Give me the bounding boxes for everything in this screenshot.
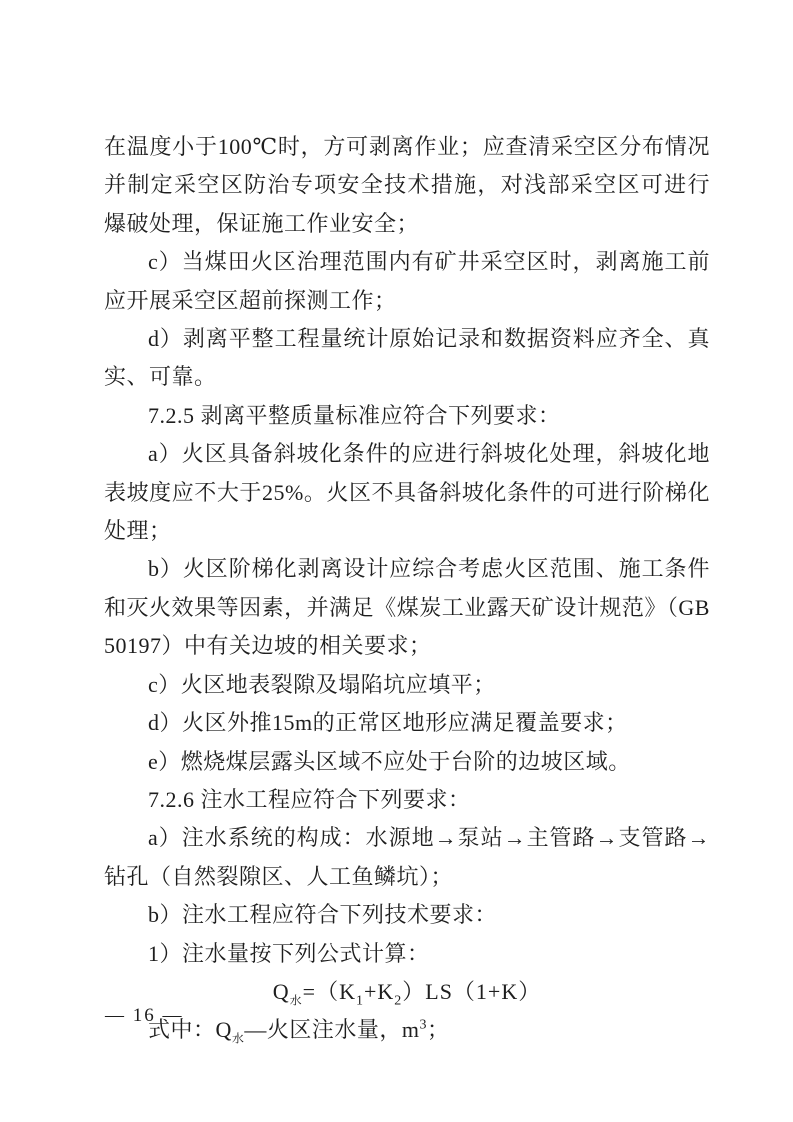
document-page: 在温度小于100℃时，方可剥离作业；应查清采空区分布情况并制定采空区防治专项安全… bbox=[0, 0, 793, 1122]
section-heading-7-2-5: 7.2.5 剥离平整质量标准应符合下列要求： bbox=[104, 397, 710, 435]
legend-subscript: 水 bbox=[232, 1032, 245, 1046]
formula-part: =（K bbox=[303, 979, 356, 1004]
formula-lhs-subscript: 水 bbox=[290, 993, 303, 1007]
formula-lhs: Q bbox=[273, 979, 290, 1004]
list-item-a2: a）注水系统的构成：水源地→泵站→主管路→支管路→钻孔（自然裂隙区、人工鱼鳞坑）… bbox=[104, 819, 710, 896]
list-item-a: a）火区具备斜坡化条件的应进行斜坡化处理，斜坡化地表坡度应不大于25%。火区不具… bbox=[104, 435, 710, 550]
list-item-1: 1）注水量按下列公式计算： bbox=[104, 935, 710, 973]
formula-part: ）LS（1+K） bbox=[402, 979, 541, 1004]
text-content: 在温度小于100℃时，方可剥离作业；应查清采空区分布情况并制定采空区防治专项安全… bbox=[104, 128, 710, 1050]
list-item-d: d）剥离平整工程量统计原始记录和数据资料应齐全、真实、可靠。 bbox=[104, 320, 710, 397]
water-injection-formula: Q水=（K1+K2）LS（1+K） bbox=[104, 973, 710, 1011]
list-item-c: c）当煤田火区治理范围内有矿井采空区时，剥离施工前应开展采空区超前探测工作； bbox=[104, 243, 710, 320]
list-item-e: e）燃烧煤层露头区域不应处于台阶的边坡区域。 bbox=[104, 743, 710, 781]
legend-text: —火区注水量，m bbox=[244, 1017, 419, 1042]
legend-superscript: 3 bbox=[420, 1018, 428, 1033]
formula-part: +K bbox=[364, 979, 394, 1004]
formula-legend: 式中：Q水—火区注水量，m3； bbox=[104, 1011, 710, 1049]
list-item-b2: b）注水工程应符合下列技术要求： bbox=[104, 896, 710, 934]
list-item-b: b）火区阶梯化剥离设计应综合考虑火区范围、施工条件和灭火效果等因素，并满足《煤炭… bbox=[104, 550, 710, 665]
section-heading-7-2-6: 7.2.6 注水工程应符合下列要求： bbox=[104, 781, 710, 819]
page-number: — 16 — bbox=[105, 1002, 184, 1030]
legend-suffix: ； bbox=[427, 1017, 450, 1042]
list-item-d2: d）火区外推15m的正常区地形应满足覆盖要求； bbox=[104, 704, 710, 742]
paragraph-continuation: 在温度小于100℃时，方可剥离作业；应查清采空区分布情况并制定采空区防治专项安全… bbox=[104, 128, 710, 243]
list-item-c2: c）火区地表裂隙及塌陷坑应填平； bbox=[104, 666, 710, 704]
formula-k1-subscript: 1 bbox=[356, 993, 364, 1008]
